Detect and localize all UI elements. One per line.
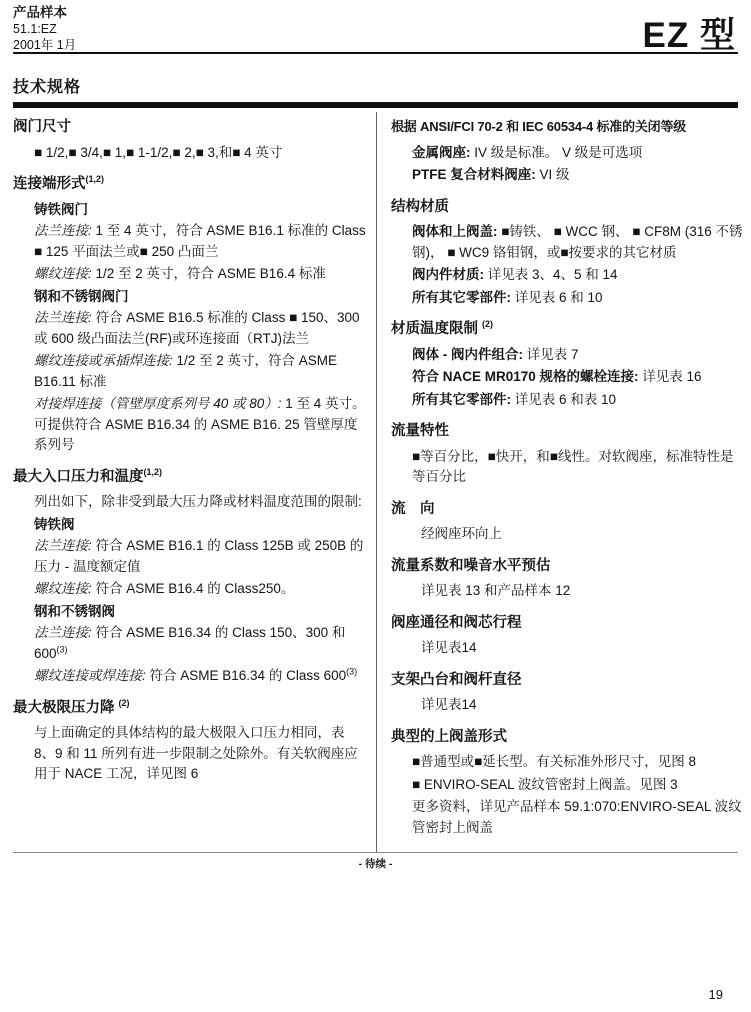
spec-paragraph: 法兰连接: 1 至 4 英寸，符合 ASME B16.1 标准的 Class ■… — [13, 221, 366, 262]
text-run: 所有其它零部件: — [412, 392, 511, 407]
text-run: IV 级是标准。 V 级是可选项 — [471, 145, 643, 160]
text-run: 阀体 - 阀内件组合: — [412, 347, 523, 362]
spec-heading: 材质温度限制 (2) — [391, 319, 744, 340]
spec-heading: 连接端形式(1,2) — [13, 174, 366, 195]
doc-number: 51.1:EZ — [13, 21, 76, 37]
spec-heading: 流 向 — [391, 499, 744, 520]
column-divider — [376, 112, 377, 852]
text-run: 详见表 6 和表 10 — [511, 392, 616, 407]
text-run: 列出如下，除非受到最大压力降或材料温度范围的限制: — [34, 494, 362, 509]
footnote-ref: (3) — [346, 667, 357, 677]
spec-subheading: 钢和不锈钢阀 — [13, 602, 366, 623]
text-run: 详见表 6 和 10 — [511, 290, 603, 305]
spec-paragraph: 对接焊连接（管壁厚度系列号 40 或 80）: 1 至 4 英寸。可提供符合 A… — [13, 394, 366, 456]
spec-paragraph: 阀体 - 阀内件组合: 详见表 7 — [391, 345, 744, 366]
footnote-ref: (2) — [119, 698, 130, 708]
spec-paragraph: 阀体和上阀盖: ■铸铁、 ■ WCC 钢、 ■ CF8M (316 不锈钢)， … — [391, 222, 744, 263]
continued-note: - 待续 - — [0, 856, 751, 871]
text-run: 详见表14 — [421, 640, 477, 655]
text-run: 钢和不锈钢阀 — [34, 604, 115, 619]
spec-paragraph: PTFE 复合材料阀座: VI 级 — [391, 165, 744, 186]
text-run: 符合 ASME B16.34 的 Class 600 — [146, 668, 346, 683]
text-run: 铸铁阀 — [34, 517, 75, 532]
text-run: 与上面确定的具体结构的最大极限入口压力相同，表 8、9 和 11 所列有进一步限… — [34, 725, 358, 781]
spec-heading: 根据 ANSI/FCI 70-2 和 IEC 60534-4 标准的关闭等级 — [391, 117, 744, 138]
spec-heading: 结构材质 — [391, 197, 744, 218]
text-run: 螺纹连接或承插焊连接: — [34, 353, 173, 368]
text-run: 金属阀座: — [412, 145, 471, 160]
text-run: VI 级 — [536, 167, 570, 182]
spec-paragraph: 详见表14 — [391, 695, 744, 716]
footnote-ref: (2) — [482, 319, 493, 329]
text-run: 法兰连接: — [34, 538, 92, 553]
text-run: 连接端形式 — [13, 176, 86, 192]
text-run: 根据 ANSI/FCI 70-2 和 IEC 60534-4 标准的关闭等级 — [391, 119, 686, 134]
footnote-ref: (1,2) — [144, 467, 163, 477]
spec-subheading: 铸铁阀门 — [13, 200, 366, 221]
text-run: 详见表 16 — [639, 369, 702, 384]
text-run: 钢和不锈钢阀门 — [34, 289, 129, 304]
text-run: 阀内件材质: — [412, 267, 484, 282]
spec-paragraph: 法兰连接: 符合 ASME B16.34 的 Class 150、300 和 6… — [13, 623, 366, 664]
text-run: 支架凸台和阀杆直径 — [391, 672, 522, 688]
spec-heading: 典型的上阀盖形式 — [391, 727, 744, 748]
spec-paragraph: 所有其它零部件: 详见表 6 和 10 — [391, 288, 744, 309]
spec-heading: 最大极限压力降 (2) — [13, 698, 366, 719]
spec-heading: 流量特性 — [391, 421, 744, 442]
spec-paragraph: 金属阀座: IV 级是标准。 V 级是可选项 — [391, 143, 744, 164]
text-run: 螺纹连接: — [34, 266, 92, 281]
spec-paragraph: 详见表 13 和产品样本 12 — [391, 581, 744, 602]
text-run: 阀座通径和阀芯行程 — [391, 615, 522, 631]
text-run: 1/2 至 2 英寸，符合 ASME B16.4 标准 — [92, 266, 326, 281]
text-run: 阀门尺寸 — [13, 119, 71, 135]
spec-paragraph: 列出如下，除非受到最大压力降或材料温度范围的限制: — [13, 492, 366, 513]
spec-paragraph: 所有其它零部件: 详见表 6 和表 10 — [391, 390, 744, 411]
spec-paragraph: ■等百分比，■快开，和■线性。对软阀座，标准特性是等百分比 — [391, 447, 744, 488]
section-title: 技术规格 — [13, 74, 81, 97]
text-run: 详见表 7 — [523, 347, 579, 362]
text-run: 阀体和上阀盖: — [412, 224, 498, 239]
right-column: 根据 ANSI/FCI 70-2 和 IEC 60534-4 标准的关闭等级金属… — [391, 114, 744, 840]
section-divider-bar — [13, 102, 738, 108]
document-page: 产品样本 51.1:EZ 2001年 1月 EZ 型 技术规格 阀门尺寸■ 1/… — [0, 0, 751, 1012]
spec-paragraph: 螺纹连接: 1/2 至 2 英寸，符合 ASME B16.4 标准 — [13, 264, 366, 285]
spec-heading: 阀座通径和阀芯行程 — [391, 613, 744, 634]
text-run: 经阀座环向上 — [421, 526, 502, 541]
spec-heading: 支架凸台和阀杆直径 — [391, 670, 744, 691]
spec-subheading: 铸铁阀 — [13, 515, 366, 536]
text-run: 所有其它零部件: — [412, 290, 511, 305]
spec-paragraph: 符合 NACE MR0170 规格的螺栓连接: 详见表 16 — [391, 367, 744, 388]
spec-paragraph: 螺纹连接或焊连接: 符合 ASME B16.34 的 Class 600(3) — [13, 666, 366, 687]
text-run: 详见表14 — [421, 697, 477, 712]
text-run: 符合 ASME B16.4 的 Class250。 — [92, 581, 295, 596]
text-run: ■普通型或■延长型。有关标准外形尺寸，见图 8 — [412, 754, 696, 769]
text-run: ■等百分比，■快开，和■线性。对软阀座，标准特性是等百分比 — [412, 449, 733, 485]
doc-date: 2001年 1月 — [13, 37, 76, 53]
text-run: ■ 1/2,■ 3/4,■ 1,■ 1-1/2,■ 2,■ 3,和■ 4 英寸 — [34, 145, 282, 160]
product-title: EZ 型 — [643, 8, 736, 58]
spec-heading: 阀门尺寸 — [13, 117, 366, 138]
text-run: 螺纹连接: — [34, 581, 92, 596]
text-run: 对接焊连接（管壁厚度系列号 40 或 80）: — [34, 396, 282, 411]
page-number: 19 — [709, 987, 723, 1002]
spec-paragraph: 螺纹连接或承插焊连接: 1/2 至 2 英寸，符合 ASME B16.11 标准 — [13, 351, 366, 392]
text-run: 最大入口压力和温度 — [13, 469, 144, 485]
spec-paragraph: 经阀座环向上 — [391, 524, 744, 545]
text-run: 法兰连接: — [34, 625, 92, 640]
text-run: 更多资料，详见产品样本 59.1:070:ENVIRO-SEAL 波纹管密封上阀… — [412, 799, 742, 835]
footnote-ref: (3) — [57, 644, 68, 654]
spec-paragraph: ■ ENVIRO-SEAL 波纹管密封上阀盖。见图 3 — [391, 775, 744, 796]
spec-heading: 流量系数和噪音水平预估 — [391, 556, 744, 577]
spec-subheading: 钢和不锈钢阀门 — [13, 287, 366, 308]
text-run: 流量特性 — [391, 423, 449, 439]
footer-rule — [13, 852, 738, 853]
spec-paragraph: 与上面确定的具体结构的最大极限入口压力相同，表 8、9 和 11 所列有进一步限… — [13, 723, 366, 785]
spec-paragraph: 法兰连接: 符合 ASME B16.5 标准的 Class ■ 150、300 … — [13, 308, 366, 349]
text-run: 结构材质 — [391, 199, 449, 215]
spec-paragraph: 详见表14 — [391, 638, 744, 659]
text-run: PTFE 复合材料阀座: — [412, 167, 536, 182]
text-run: 螺纹连接或焊连接: — [34, 668, 146, 683]
footnote-ref: (1,2) — [86, 174, 105, 184]
text-run: 符合 NACE MR0170 规格的螺栓连接: — [412, 369, 639, 384]
text-run: 最大极限压力降 — [13, 700, 119, 716]
text-run: 详见表 3、4、5 和 14 — [484, 267, 618, 282]
spec-heading: 最大入口压力和温度(1,2) — [13, 467, 366, 488]
text-run: 铸铁阀门 — [34, 202, 88, 217]
text-run: 详见表 13 和产品样本 12 — [421, 583, 570, 598]
text-run: 流 向 — [391, 501, 435, 517]
left-column: 阀门尺寸■ 1/2,■ 3/4,■ 1,■ 1-1/2,■ 2,■ 3,和■ 4… — [13, 114, 366, 787]
spec-paragraph: ■普通型或■延长型。有关标准外形尺寸，见图 8 — [391, 752, 744, 773]
spec-paragraph: 螺纹连接: 符合 ASME B16.4 的 Class250。 — [13, 579, 366, 600]
spec-paragraph: 阀内件材质: 详见表 3、4、5 和 14 — [391, 265, 744, 286]
document-header: 产品样本 51.1:EZ 2001年 1月 — [13, 5, 76, 53]
text-run: ■ ENVIRO-SEAL 波纹管密封上阀盖。见图 3 — [412, 777, 678, 792]
spec-paragraph: ■ 1/2,■ 3/4,■ 1,■ 1-1/2,■ 2,■ 3,和■ 4 英寸 — [13, 143, 366, 164]
text-run: 典型的上阀盖形式 — [391, 729, 507, 745]
spec-paragraph: 法兰连接: 符合 ASME B16.1 的 Class 125B 或 250B … — [13, 536, 366, 577]
text-run: 材质温度限制 — [391, 321, 482, 337]
spec-paragraph: 更多资料，详见产品样本 59.1:070:ENVIRO-SEAL 波纹管密封上阀… — [391, 797, 744, 838]
doc-type-label: 产品样本 — [13, 5, 76, 21]
text-run: 法兰连接: — [34, 310, 92, 325]
text-run: 法兰连接: — [34, 223, 92, 238]
header-rule — [13, 52, 738, 54]
text-run: 流量系数和噪音水平预估 — [391, 558, 551, 574]
